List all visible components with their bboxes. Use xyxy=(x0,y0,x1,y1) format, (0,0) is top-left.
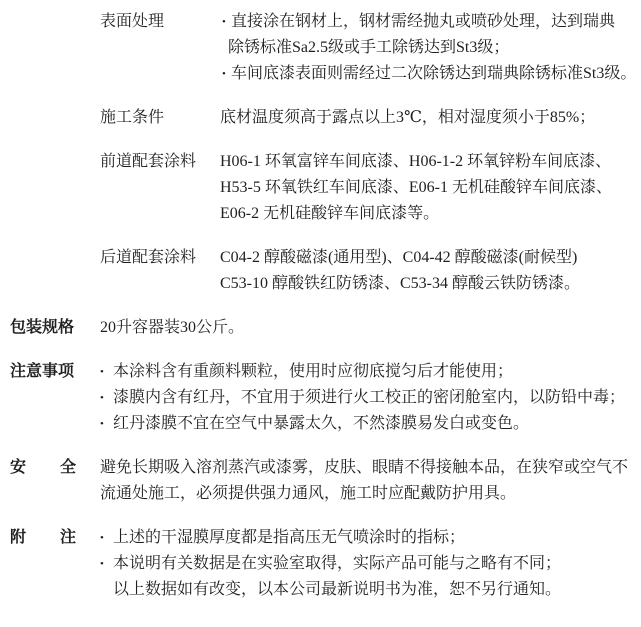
section-precautions: 注意事项 •本涂料含有重颜料颗粒，使用时应彻底搅匀后才能使用； •漆膜内含有红丹… xyxy=(0,359,641,437)
text-line: 流通处施工，必须提供强力通风，施工时应配戴防护用具。 xyxy=(100,481,641,507)
bullet-icon: • xyxy=(220,9,231,35)
section-notes: 附注 •上述的干湿膜厚度都是指高压无气喷涂时的指标； •本说明有关数据是在实验室… xyxy=(0,525,641,603)
text-line: •直接涂在钢材上，钢材需经抛丸或喷砂处理，达到瑞典 xyxy=(220,9,641,35)
section-content: H06-1 环氧富锌车间底漆、H06-1-2 环氧锌粉车间底漆、 H53-5 环… xyxy=(220,149,641,227)
bullet-icon: • xyxy=(100,411,113,437)
text-line: H53-5 环氧铁红车间底漆、E06-1 无机硅酸锌车间底漆、 xyxy=(220,175,641,201)
section-label-notes: 附注 xyxy=(10,525,100,551)
text-line: H06-1 环氧富锌车间底漆、H06-1-2 环氧锌粉车间底漆、 xyxy=(220,149,641,175)
text-line: •漆膜内含有红丹，不宜用于须进行火工校正的密闭舱室内，以防铅中毒； xyxy=(100,385,641,411)
section-content: C04-2 醇酸磁漆(通用型)、C04-42 醇酸磁漆(耐候型) C53-10 … xyxy=(220,245,641,297)
section-application-conditions: 施工条件 底材温度须高于露点以上3℃，相对湿度须小于85%； xyxy=(0,105,641,131)
section-content: •本涂料含有重颜料颗粒，使用时应彻底搅匀后才能使用； •漆膜内含有红丹，不宜用于… xyxy=(100,359,641,437)
section-label-application-conditions: 施工条件 xyxy=(100,105,220,131)
section-label-surface-treatment: 表面处理 xyxy=(100,9,220,35)
text-line-content: 上述的干湿膜厚度都是指高压无气喷涂时的指标； xyxy=(113,529,465,546)
bullet-item: •漆膜内含有红丹，不宜用于须进行火工校正的密闭舱室内，以防铅中毒； xyxy=(100,385,641,411)
section-packaging-specification: 包装规格 20升容器装30公斤。 xyxy=(0,315,641,341)
section-content: 20升容器装30公斤。 xyxy=(100,315,641,341)
technical-data-sheet-page: 表面处理 •直接涂在钢材上，钢材需经抛丸或喷砂处理，达到瑞典 除锈标准Sa2.5… xyxy=(0,0,641,627)
section-label-precautions: 注意事项 xyxy=(10,359,100,385)
bullet-icon: • xyxy=(220,61,231,87)
text-line: 底材温度须高于露点以上3℃，相对湿度须小于85%； xyxy=(220,105,641,131)
section-subsequent-coatings: 后道配套涂料 C04-2 醇酸磁漆(通用型)、C04-42 醇酸磁漆(耐候型) … xyxy=(0,245,641,297)
section-label-text: 附注 xyxy=(10,525,76,551)
text-line: C04-2 醇酸磁漆(通用型)、C04-42 醇酸磁漆(耐候型) xyxy=(220,245,641,271)
section-content: 底材温度须高于露点以上3℃，相对湿度须小于85%； xyxy=(220,105,641,131)
section-preceding-coatings: 前道配套涂料 H06-1 环氧富锌车间底漆、H06-1-2 环氧锌粉车间底漆、 … xyxy=(0,149,641,227)
text-line-content: 直接涂在钢材上，钢材需经抛丸或喷砂处理，达到瑞典 xyxy=(231,13,615,30)
text-line: E06-2 无机硅酸锌车间底漆等。 xyxy=(220,201,641,227)
text-line-content: 漆膜内含有红丹，不宜用于须进行火工校正的密闭舱室内，以防铅中毒； xyxy=(113,389,625,406)
text-item: H06-1 环氧富锌车间底漆、H06-1-2 环氧锌粉车间底漆、 H53-5 环… xyxy=(220,149,641,227)
text-line-content: 红丹漆膜不宜在空气中暴露太久，不然漆膜易发白或变色。 xyxy=(113,415,529,432)
text-line: 避免长期吸入溶剂蒸汽或漆雾，皮肤、眼睛不得接触本品，在狭窄或空气不 xyxy=(100,455,641,481)
bullet-item: •上述的干湿膜厚度都是指高压无气喷涂时的指标； xyxy=(100,525,641,551)
text-line: •红丹漆膜不宜在空气中暴露太久，不然漆膜易发白或变色。 xyxy=(100,411,641,437)
section-label-safety: 安全 xyxy=(10,455,100,481)
bullet-icon: • xyxy=(100,385,113,411)
text-line-content: 本说明有关数据是在实验室取得，实际产品可能与之略有不同； xyxy=(113,555,561,572)
bullet-icon: • xyxy=(100,359,113,385)
bullet-item: •车间底漆表面则需经过二次除锈达到瑞典除锈标准St3级。 xyxy=(220,61,641,87)
bullet-item: •本涂料含有重颜料颗粒，使用时应彻底搅匀后才能使用； xyxy=(100,359,641,385)
bullet-item: •红丹漆膜不宜在空气中暴露太久，不然漆膜易发白或变色。 xyxy=(100,411,641,437)
text-line-content: 本涂料含有重颜料颗粒，使用时应彻底搅匀后才能使用； xyxy=(113,363,513,380)
text-line: 除锈标准Sa2.5级或手工除锈达到St3级； xyxy=(220,35,641,61)
bullet-item: •直接涂在钢材上，钢材需经抛丸或喷砂处理，达到瑞典 除锈标准Sa2.5级或手工除… xyxy=(220,9,641,61)
section-label-packaging-specification: 包装规格 xyxy=(10,315,100,341)
text-line: C53-10 醇酸铁红防锈漆、C53-34 醇酸云铁防锈漆。 xyxy=(220,271,641,297)
text-line-content: 车间底漆表面则需经过二次除锈达到瑞典除锈标准St3级。 xyxy=(231,65,636,82)
section-safety: 安全 避免长期吸入溶剂蒸汽或漆雾，皮肤、眼睛不得接触本品，在狭窄或空气不 流通处… xyxy=(0,455,641,507)
text-item: 避免长期吸入溶剂蒸汽或漆雾，皮肤、眼睛不得接触本品，在狭窄或空气不 流通处施工，… xyxy=(100,455,641,507)
bullet-icon: • xyxy=(100,551,113,577)
section-surface-treatment: 表面处理 •直接涂在钢材上，钢材需经抛丸或喷砂处理，达到瑞典 除锈标准Sa2.5… xyxy=(0,9,641,87)
bullet-item: •本说明有关数据是在实验室取得，实际产品可能与之略有不同； 以上数据如有改变，以… xyxy=(100,551,641,603)
section-label-preceding-coatings: 前道配套涂料 xyxy=(100,149,220,175)
text-line: •上述的干湿膜厚度都是指高压无气喷涂时的指标； xyxy=(100,525,641,551)
text-line: •本涂料含有重颜料颗粒，使用时应彻底搅匀后才能使用； xyxy=(100,359,641,385)
text-line: 以上数据如有改变，以本公司最新说明书为准，恕不另行通知。 xyxy=(100,577,641,603)
section-content: •直接涂在钢材上，钢材需经抛丸或喷砂处理，达到瑞典 除锈标准Sa2.5级或手工除… xyxy=(220,9,641,87)
text-item: 底材温度须高于露点以上3℃，相对湿度须小于85%； xyxy=(220,105,641,131)
text-line: •车间底漆表面则需经过二次除锈达到瑞典除锈标准St3级。 xyxy=(220,61,641,87)
bullet-icon: • xyxy=(100,525,113,551)
text-item: 20升容器装30公斤。 xyxy=(100,315,641,341)
text-line: 20升容器装30公斤。 xyxy=(100,315,641,341)
section-label-text: 安全 xyxy=(10,455,76,481)
section-content: 避免长期吸入溶剂蒸汽或漆雾，皮肤、眼睛不得接触本品，在狭窄或空气不 流通处施工，… xyxy=(100,455,641,507)
text-item: C04-2 醇酸磁漆(通用型)、C04-42 醇酸磁漆(耐候型) C53-10 … xyxy=(220,245,641,297)
text-line: •本说明有关数据是在实验室取得，实际产品可能与之略有不同； xyxy=(100,551,641,577)
section-label-subsequent-coatings: 后道配套涂料 xyxy=(100,245,220,271)
section-content: •上述的干湿膜厚度都是指高压无气喷涂时的指标； •本说明有关数据是在实验室取得，… xyxy=(100,525,641,603)
